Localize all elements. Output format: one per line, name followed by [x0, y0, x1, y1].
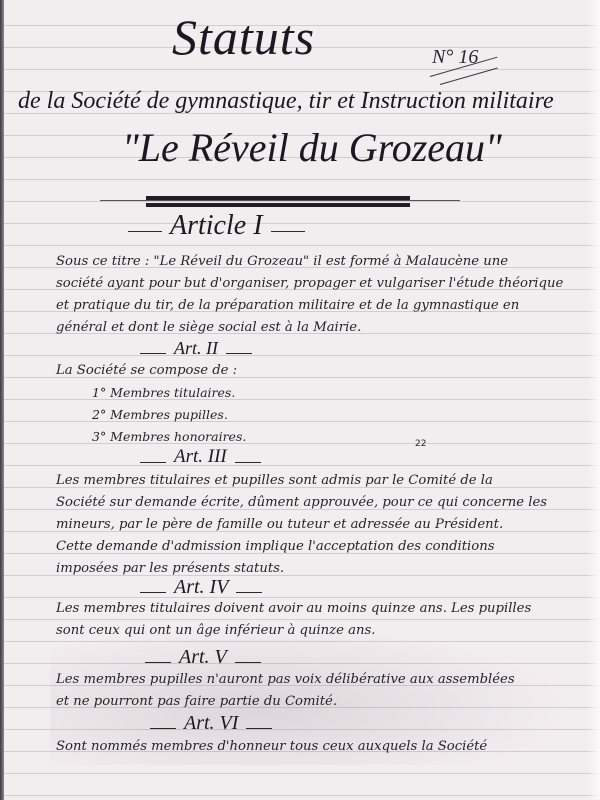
title-divider: [100, 195, 460, 207]
text-line: Les membres titulaires doivent avoir au …: [56, 598, 576, 620]
text-line: Société sur demande écrite, dûment appro…: [56, 492, 576, 514]
text-line: Les membres pupilles n'auront pas voix d…: [56, 669, 576, 691]
article-2-heading: Art. II: [140, 338, 252, 359]
article-heading-text: Article I: [170, 210, 263, 242]
text-line: général et dont le siège social est à la…: [56, 317, 576, 339]
article-heading-text: Art. III: [174, 446, 227, 468]
text-line: Sont nommés membres d'honneur tous ceux …: [56, 736, 576, 758]
article-4-body: Les membres titulaires doivent avoir au …: [56, 598, 576, 642]
text-line: et ne pourront pas faire partie du Comit…: [56, 691, 576, 713]
text-line: La Société se compose de :: [56, 360, 576, 382]
text-line: Sous ce titre : "Le Réveil du Grozeau" i…: [56, 251, 576, 273]
text-line: imposées par les présents statuts.: [56, 558, 576, 580]
list-item: 1° Membres titulaires.: [92, 382, 246, 404]
document-number: N° 16: [432, 46, 478, 69]
article-heading-text: Art. II: [174, 338, 218, 359]
document-page: Statuts N° 16 de la Société de gymnastiq…: [0, 0, 600, 800]
text-line: sont ceux qui ont un âge inférieur à qui…: [56, 620, 576, 642]
text-line: Cette demande d'admission implique l'acc…: [56, 536, 576, 558]
text-line: et pratique du tir, de la préparation mi…: [56, 295, 576, 317]
text-line: société ayant pour but d'organiser, prop…: [56, 273, 576, 295]
article-heading-text: Art. V: [179, 646, 227, 669]
article-3-body: Les membres titulaires et pupilles sont …: [56, 470, 576, 580]
list-item: 2° Membres pupilles.: [92, 404, 246, 426]
document-subtitle: de la Société de gymnastique, tir et Ins…: [18, 88, 588, 115]
article-1-heading: Article I: [128, 210, 305, 242]
list-item: 3° Membres honoraires.: [92, 426, 246, 448]
article-3-heading: Art. III: [140, 446, 261, 468]
scan-left-edge: [0, 0, 4, 800]
article-6-body: Sont nommés membres d'honneur tous ceux …: [56, 736, 576, 758]
article-heading-text: Art. IV: [174, 576, 228, 599]
article-heading-text: Art. VI: [184, 712, 238, 735]
text-line: Les membres titulaires et pupilles sont …: [56, 470, 576, 492]
article-1-body: Sous ce titre : "Le Réveil du Grozeau" i…: [56, 251, 576, 339]
article-5-heading: Art. V: [145, 646, 261, 669]
scan-right-edge: [586, 0, 600, 800]
article-5-body: Les membres pupilles n'auront pas voix d…: [56, 669, 576, 713]
article-4-heading: Art. IV: [140, 576, 262, 599]
article-6-heading: Art. VI: [150, 712, 272, 735]
article-2-body: La Société se compose de :: [56, 360, 576, 382]
society-name: "Le Réveil du Grozeau": [122, 124, 502, 171]
member-types-list: 1° Membres titulaires. 2° Membres pupill…: [92, 382, 246, 448]
text-line: mineurs, par le père de famille ou tuteu…: [56, 514, 576, 536]
document-title: Statuts: [172, 8, 315, 66]
margin-annotation: 22: [415, 440, 423, 449]
